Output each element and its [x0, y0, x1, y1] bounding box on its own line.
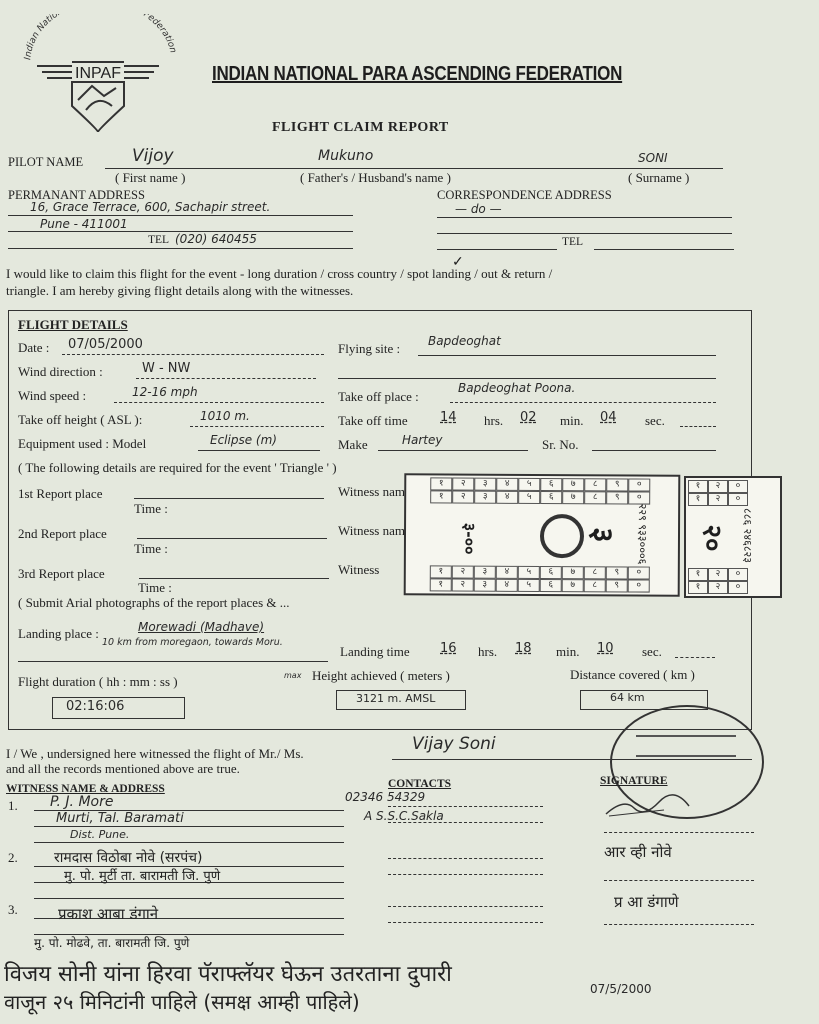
witness-1-signature — [604, 794, 694, 816]
footer-note-line-1: विजय सोनी यांना हिरवा पॅराफ्लॅयर घेऊन उत… — [4, 958, 452, 988]
landing-hrs-value: 16 — [440, 641, 457, 656]
pilot-father-name: Mukuno — [318, 148, 373, 164]
report-place-1-witness: Witness name — [338, 484, 411, 500]
ticket1-bottom-grid: १२३४५६७८९० १२३४५६७८९० — [430, 565, 650, 592]
equipment-label: Equipment used : Model — [18, 436, 146, 452]
logo-emblem-icon: Indian National Para Ascending Federatio… — [12, 14, 182, 134]
report-place-1-line — [134, 498, 324, 499]
landing-sec-extra-line — [675, 657, 715, 658]
witness-3-contact-line-b — [388, 922, 543, 923]
takeoff-height-value: 1010 m. — [200, 409, 250, 423]
footer-note-date: 07/5/2000 — [590, 982, 652, 996]
pilot-name-line — [105, 168, 723, 169]
report-place-2-line — [137, 538, 327, 539]
wind-speed-line — [114, 402, 324, 403]
witness-2-signature: आर व्ही नोवे — [604, 842, 672, 862]
ticket1-emblem-icon — [540, 514, 584, 558]
flying-site-line — [418, 355, 716, 356]
triangle-note: ( The following details are required for… — [18, 460, 337, 476]
seal-logo-icon — [636, 735, 736, 757]
report-place-2-witness: Witness name — [338, 523, 411, 539]
witness-1-address-2: Dist. Pune. — [70, 828, 129, 841]
address-line-3 — [8, 248, 353, 249]
address-line-1 — [8, 215, 353, 216]
address-line1-value: 16, Grace Terrace, 600, Sachapir street. — [30, 200, 270, 214]
ticket2-bottom-grid: १२० १२० — [688, 568, 748, 594]
witness-3-signature-line — [604, 924, 754, 925]
witness-2-number: 2. — [8, 850, 18, 866]
witness-1-line-c — [34, 842, 344, 843]
takeoff-min-label: min. — [560, 413, 583, 429]
witness-declaration-1: I / We , undersigned here witnessed the … — [6, 746, 304, 762]
height-achieved-value: 3121 m. AMSL — [356, 692, 435, 705]
landing-sec-value: 10 — [597, 641, 614, 656]
sr-no-label: Sr. No. — [542, 437, 578, 453]
takeoff-sec-extra-line — [680, 426, 716, 427]
flight-duration-label: Flight duration ( hh : mm : ss ) — [18, 674, 178, 690]
date-value: 07/05/2000 — [68, 337, 143, 352]
takeoff-hrs-value: 14 — [440, 410, 457, 425]
first-name-caption: ( First name ) — [115, 170, 185, 186]
model-value: Eclipse (m) — [210, 433, 277, 447]
takeoff-height-label: Take off height ( ASL ): — [18, 412, 142, 428]
father-name-caption: ( Father's / Husband's name ) — [300, 170, 451, 186]
landing-place-label: Landing place : — [18, 626, 99, 642]
report-place-3-label: 3rd Report place — [18, 566, 105, 582]
witness-2-line-c — [34, 898, 344, 899]
signature-header: SIGNATURE — [600, 775, 668, 787]
takeoff-height-line — [190, 426, 324, 427]
witness-3-contact-line-a — [388, 906, 543, 907]
permanent-tel-value: (020) 640455 — [175, 232, 257, 246]
witness-3-name: प्रकाश आबा डंगाने — [58, 904, 158, 924]
witness-1-line-b — [34, 826, 344, 827]
landing-sec-label: sec. — [642, 644, 662, 660]
landing-place-value: Morewadi (Madhave) — [138, 620, 264, 634]
witness-3-signature: प्र आ डंगाणे — [614, 892, 679, 912]
takeoff-place-label: Take off place : — [338, 389, 419, 405]
witness-3-number: 3. — [8, 902, 18, 918]
corr-address-line-2 — [437, 233, 732, 234]
witness-2-signature-line — [604, 880, 754, 881]
ticket1-number: २२९ ९३३०००६ — [635, 504, 650, 565]
flight-duration-value: 02:16:06 — [66, 699, 124, 714]
witness-2-address: मु. पो. मुर्टी ता. बारामती जि. पुणे — [64, 866, 220, 884]
takeoff-hrs-label: hrs. — [484, 413, 503, 429]
landing-min-label: min. — [556, 644, 579, 660]
takeoff-place-value: Bapdeoghat Poona. — [458, 381, 575, 395]
photo-note: ( Submit Arial photographs of the report… — [18, 595, 290, 611]
takeoff-min-value: 02 — [520, 410, 537, 425]
bus-ticket-2: १२० १२० २० ८८६ २४६८२३ १२० १२० — [684, 476, 782, 598]
report-place-2-label: 2nd Report place — [18, 526, 107, 542]
landing-hrs-label: hrs. — [478, 644, 497, 660]
flying-site-value: Bapdeoghat — [428, 334, 501, 348]
report-place-2-time: Time : — [134, 541, 168, 557]
witness-2-contact-line-a — [388, 858, 543, 859]
distance-covered-label: Distance covered ( km ) — [570, 667, 695, 683]
report-place-1-label: 1st Report place — [18, 486, 102, 502]
date-label: Date : — [18, 340, 49, 356]
corr-address-line-3a — [437, 249, 557, 250]
date-line — [62, 354, 324, 355]
svg-text:Indian National Para Ascending: Indian National Para Ascending Federatio… — [23, 14, 178, 60]
witness-2-name: रामदास विठोबा नोवे (सरपंच) — [54, 848, 203, 867]
corr-tel-label: TEL — [562, 236, 583, 248]
sr-no-line — [592, 450, 716, 451]
corr-address-value: — do — — [455, 202, 502, 216]
flying-site-line-2 — [338, 378, 716, 379]
takeoff-time-label: Take off time — [338, 413, 408, 429]
ticket2-top-grid: १२० १२० — [688, 480, 748, 506]
ticket2-value: २० — [696, 524, 732, 551]
witness-1-name: P. J. More — [50, 794, 113, 810]
pilot-surname: Soni — [638, 151, 668, 165]
takeoff-sec-label: sec. — [645, 413, 665, 429]
wind-direction-label: Wind direction : — [18, 364, 103, 380]
wind-speed-label: Wind speed : — [18, 388, 86, 404]
report-place-1-time: Time : — [134, 501, 168, 517]
address-line2-value: Pune - 411001 — [40, 217, 128, 231]
flight-details-heading: FLIGHT DETAILS — [18, 317, 128, 333]
witness-2-contact-line-b — [388, 874, 543, 875]
make-line — [378, 450, 528, 451]
landing-min-value: 18 — [515, 641, 532, 656]
make-value: Hartey — [402, 433, 443, 447]
landing-time-label: Landing time — [340, 644, 410, 660]
signature-scribble-icon — [604, 794, 694, 818]
org-title: INDIAN NATIONAL PARA ASCENDING FEDERATIO… — [212, 63, 622, 86]
footer-note-line-2: वाजून २५ मिनिटांनी पाहिले (समक्ष आम्ही प… — [4, 988, 360, 1015]
landing-place-line — [18, 661, 328, 662]
permanent-tel-label: TEL — [148, 234, 169, 246]
ticket1-value: ३ — [583, 527, 624, 543]
contacts-header: CONTACTS — [388, 778, 451, 790]
pilot-name-label: PILOT NAME — [8, 155, 83, 170]
claim-statement-2: triangle. I am hereby giving flight deta… — [6, 283, 353, 299]
witness-1-address-1: Murti, Tal. Baramati — [56, 811, 184, 826]
pilot-first-name: Vijoy — [132, 146, 174, 166]
witness-1-contact-1: 02346 54329 — [345, 790, 425, 804]
report-place-3-line — [139, 578, 329, 579]
bus-ticket-1: १२३४५६७८९० १२३४५६७८९० ३-०० ३ २२९ ९३३०००६… — [404, 473, 681, 596]
correspondence-address-label: CORRESPONDENCE ADDRESS — [437, 188, 612, 203]
wind-speed-value: 12-16 mph — [132, 385, 198, 399]
witness-3-address: मु. पो. मोढवे, ता. बारामती जि. पुणे — [34, 934, 189, 951]
inpaf-logo: Indian National Para Ascending Federatio… — [12, 14, 182, 134]
ticket1-price: ३-०० — [459, 523, 481, 555]
landing-place-note: 10 km from moregaon, towards Moru. — [102, 637, 283, 648]
wind-direction-line — [136, 378, 316, 379]
witness-1-number: 1. — [8, 798, 18, 814]
claim-statement-1: I would like to claim this flight for th… — [6, 266, 552, 282]
ticket1-top-grid: १२३४५६७८९० १२३४५६७८९० — [430, 477, 650, 504]
takeoff-sec-value: 04 — [600, 410, 617, 425]
logo-text: INPAF — [75, 65, 121, 82]
distance-covered-value: 64 km — [610, 691, 645, 704]
wind-direction-value: W - NW — [142, 361, 190, 376]
height-achieved-label: Height achieved ( meters ) — [312, 668, 450, 684]
report-place-3-witness: Witness — [338, 562, 379, 578]
flying-site-label: Flying site : — [338, 341, 400, 357]
make-label: Make — [338, 437, 368, 453]
witness-declaration-2: and all the records mentioned above are … — [6, 761, 240, 777]
takeoff-place-line — [450, 402, 716, 403]
report-place-3-time: Time : — [138, 580, 172, 596]
witness-1-contact-2: A S.S.C.Sakla — [364, 809, 444, 823]
form-title: FLIGHT CLAIM REPORT — [272, 120, 449, 136]
height-prefix: max — [284, 671, 301, 680]
model-line — [198, 450, 320, 451]
witnessed-pilot-name: Vijay Soni — [412, 734, 496, 754]
corr-address-line-3b — [594, 249, 734, 250]
corr-address-line-1 — [437, 217, 732, 218]
witness-1-signature-line — [604, 832, 754, 833]
ticket2-number: ८८६ २४६८२३ — [740, 508, 755, 563]
witness-1-contact-line-a — [388, 806, 543, 807]
surname-caption: ( Surname ) — [628, 170, 689, 186]
